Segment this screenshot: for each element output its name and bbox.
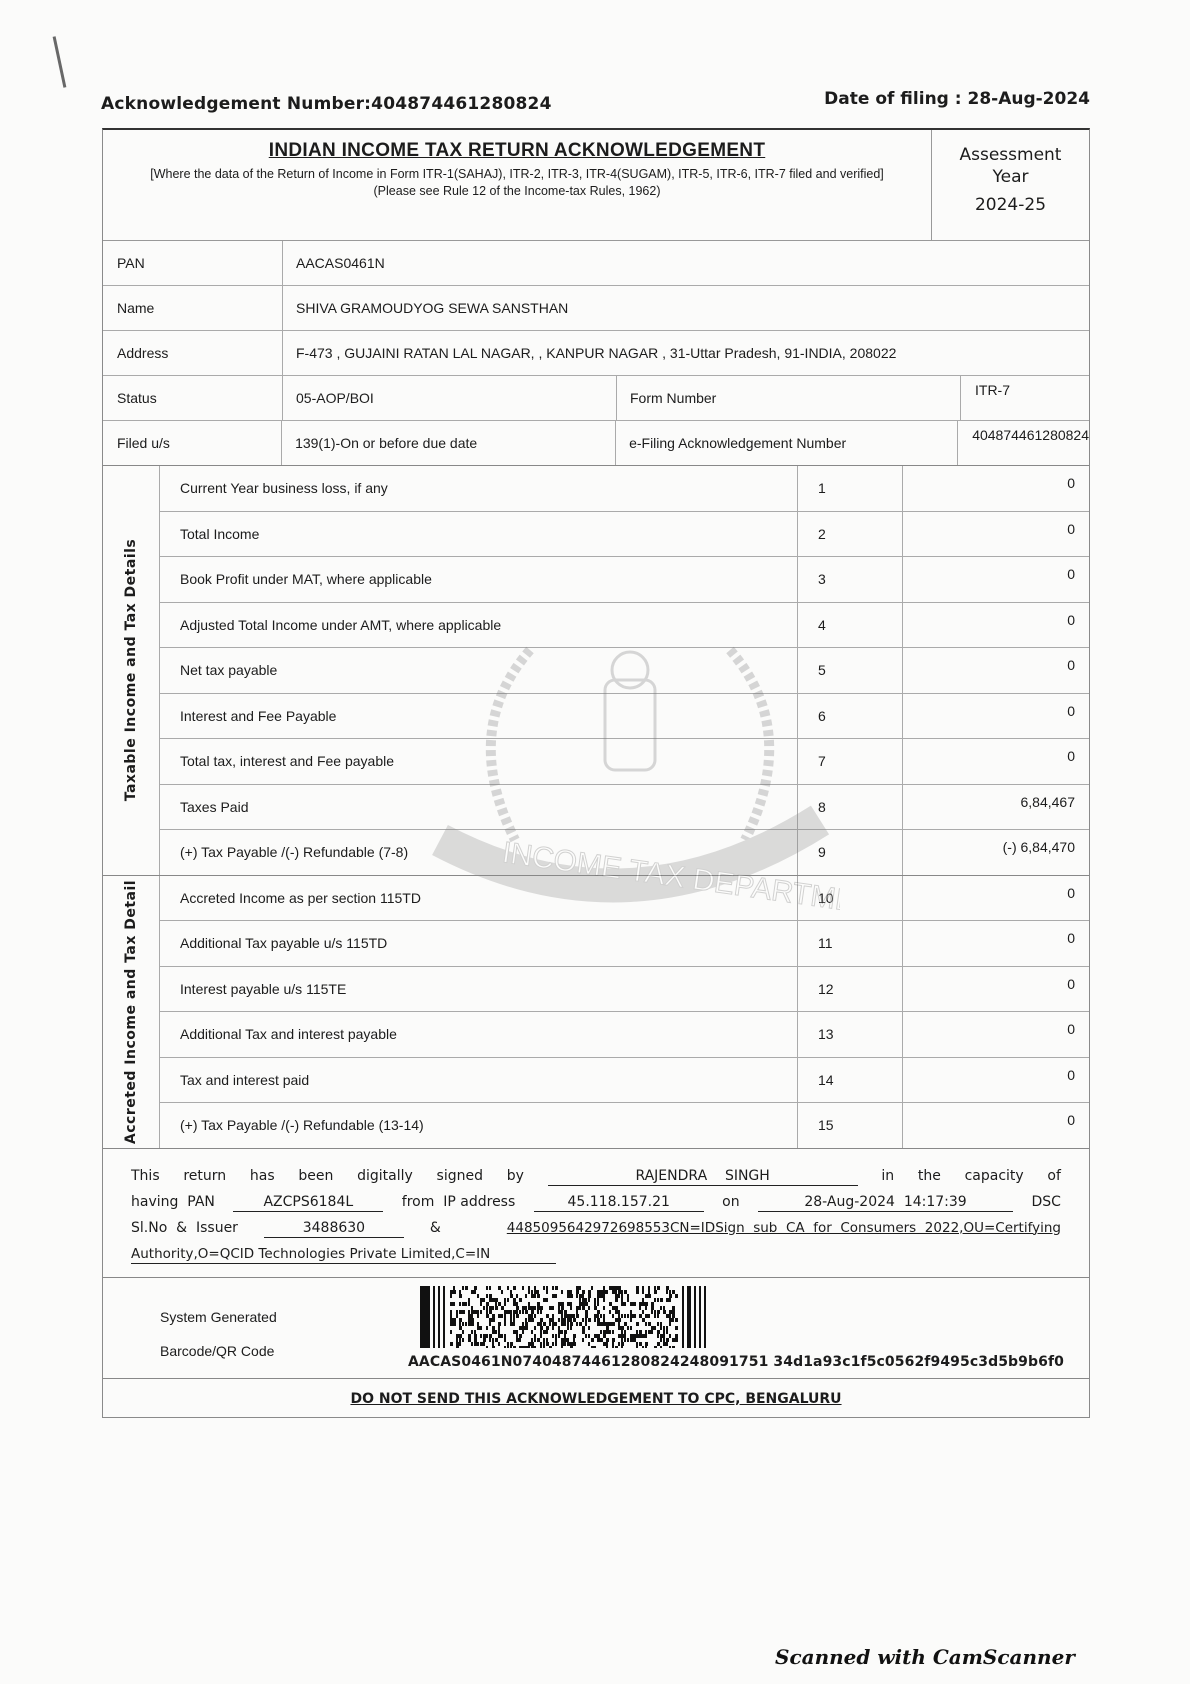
filed-us-row: Filed u/s 139(1)-On or before due date e…	[103, 421, 1089, 466]
row-number: 15	[798, 1103, 903, 1148]
acknowledgement-form: INDIAN INCOME TAX RETURN ACKNOWLEDGEMENT…	[102, 128, 1090, 1418]
address-row: Address F-473 , GUJAINI RATAN LAL NAGAR,…	[103, 331, 1089, 376]
ack-label: Acknowledgement Number:	[101, 94, 371, 114]
sig-word: capacity	[965, 1163, 1024, 1189]
sig-word: in	[881, 1163, 894, 1189]
table-row: (+) Tax Payable /(-) Refundable (7-8)9(-…	[160, 830, 1089, 875]
table-row: Accreted Income as per section 115TD100	[160, 876, 1089, 922]
table-row: Current Year business loss, if any10	[160, 466, 1089, 512]
taxable-rows: Current Year business loss, if any10Tota…	[160, 466, 1089, 875]
row-number: 2	[798, 512, 903, 557]
form-number-value: ITR-7	[961, 376, 1089, 420]
pan-row: PAN AACAS0461N	[103, 241, 1089, 286]
name-value: SHIVA GRAMOUDYOG SEWA SANSTHAN	[283, 286, 1089, 330]
row-description: Adjusted Total Income under AMT, where a…	[160, 603, 798, 648]
filing-date-value: 28-Aug-2024	[967, 89, 1090, 109]
camscanner-mark: Scanned with CamScanner	[775, 1645, 1075, 1669]
row-description: (+) Tax Payable /(-) Refundable (13-14)	[160, 1103, 798, 1148]
ay-label: Assessment	[932, 144, 1089, 166]
signature-line-2: having PAN AZCPS6184L from IP address 45…	[131, 1189, 1061, 1215]
form-subtitle: [Where the data of the Return of Income …	[103, 166, 931, 183]
row-amount: 0	[903, 739, 1089, 784]
sig-word: digitally	[357, 1163, 413, 1189]
status-value: 05-AOP/BOI	[283, 376, 617, 420]
form-rule-note: (Please see Rule 12 of the Income-tax Ru…	[103, 183, 931, 200]
filed-us-label: Filed u/s	[103, 421, 282, 465]
row-number: 1	[798, 466, 903, 511]
ack-value: 404874461280824	[371, 94, 551, 114]
sig-word: been	[298, 1163, 333, 1189]
table-row: Net tax payable50	[160, 648, 1089, 694]
barcode-icon	[420, 1286, 720, 1348]
row-description: Additional Tax and interest payable	[160, 1012, 798, 1057]
ip-address: 45.118.157.21	[534, 1193, 704, 1212]
row-description: Taxes Paid	[160, 785, 798, 830]
row-number: 11	[798, 921, 903, 966]
row-number: 13	[798, 1012, 903, 1057]
filing-date-label: Date of filing :	[824, 89, 961, 109]
row-number: 7	[798, 739, 903, 784]
row-description: Additional Tax payable u/s 115TD	[160, 921, 798, 966]
row-amount: 0	[903, 876, 1089, 921]
row-amount: 6,84,467	[903, 785, 1089, 830]
table-row: Interest payable u/s 115TE120	[160, 967, 1089, 1013]
table-row: Additional Tax payable u/s 115TD110	[160, 921, 1089, 967]
signature-line-4: Authority,O=QCID Technologies Private Li…	[131, 1241, 1061, 1267]
digital-signature-block: This return has been digitally signed by…	[103, 1149, 1089, 1278]
row-number: 9	[798, 830, 903, 875]
form-number-label: Form Number	[617, 376, 961, 420]
row-number: 8	[798, 785, 903, 830]
row-amount: 0	[903, 648, 1089, 693]
row-description: Interest and Fee Payable	[160, 694, 798, 739]
taxable-section-title: Taxable Income and Tax Details	[123, 539, 139, 802]
accreted-rows: Accreted Income as per section 115TD100A…	[160, 876, 1089, 1148]
dsc-issuer: 4485095642972698553CN=IDSign sub CA for …	[467, 1215, 1061, 1241]
name-row: Name SHIVA GRAMOUDYOG SEWA SANSTHAN	[103, 286, 1089, 331]
taxable-income-section: Taxable Income and Tax Details Current Y…	[103, 466, 1089, 876]
barcode-row: System Generated Barcode/QR Code AACAS04…	[103, 1278, 1089, 1379]
header-main: INDIAN INCOME TAX RETURN ACKNOWLEDGEMENT…	[103, 130, 932, 240]
barcode-label-2: Barcode/QR Code	[160, 1334, 420, 1368]
row-description: (+) Tax Payable /(-) Refundable (7-8)	[160, 830, 798, 875]
efiling-ack-value: 404874461280824	[958, 421, 1089, 465]
table-row: Total Income20	[160, 512, 1089, 558]
amp-label: &	[430, 1215, 441, 1241]
acknowledgement-number: Acknowledgement Number:404874461280824	[101, 94, 552, 114]
section-side-label: Taxable Income and Tax Details	[103, 466, 160, 875]
status-row: Status 05-AOP/BOI Form Number ITR-7	[103, 376, 1089, 421]
dsc-issuer-continued: Authority,O=QCID Technologies Private Li…	[131, 1245, 556, 1264]
row-amount: 0	[903, 557, 1089, 602]
row-description: Accreted Income as per section 115TD	[160, 876, 798, 921]
row-number: 4	[798, 603, 903, 648]
section-side-label: Accreted Income and Tax Detail	[103, 876, 160, 1148]
table-row: Adjusted Total Income under AMT, where a…	[160, 603, 1089, 649]
form-header: INDIAN INCOME TAX RETURN ACKNOWLEDGEMENT…	[103, 130, 1089, 241]
row-amount: 0	[903, 1103, 1089, 1148]
sig-word: by	[507, 1163, 524, 1189]
row-description: Book Profit under MAT, where applicable	[160, 557, 798, 602]
signature-line-3: Sl.No & Issuer 3488630 & 448509564297269…	[131, 1215, 1061, 1241]
sig-word: of	[1047, 1163, 1061, 1189]
sig-word: return	[183, 1163, 226, 1189]
row-amount: 0	[903, 466, 1089, 511]
accreted-section-title: Accreted Income and Tax Detail	[123, 879, 139, 1143]
row-amount: 0	[903, 1058, 1089, 1103]
signed-datetime: 28-Aug-2024 14:17:39	[758, 1193, 1013, 1212]
slno-label: Sl.No & Issuer	[131, 1215, 238, 1241]
assessment-year: Assessment Year 2024-25	[932, 130, 1089, 240]
row-description: Total Income	[160, 512, 798, 557]
address-value: F-473 , GUJAINI RATAN LAL NAGAR, , KANPU…	[283, 331, 1089, 375]
dsc-label: DSC	[1031, 1189, 1060, 1215]
filing-date: Date of filing : 28-Aug-2024	[824, 89, 1090, 109]
barcode-label-1: System Generated	[160, 1300, 420, 1334]
name-label: Name	[103, 286, 283, 330]
row-amount: 0	[903, 1012, 1089, 1057]
row-number: 6	[798, 694, 903, 739]
barcode-label: System Generated Barcode/QR Code	[103, 1278, 420, 1378]
row-description: Total tax, interest and Fee payable	[160, 739, 798, 784]
row-number: 5	[798, 648, 903, 693]
filed-us-value: 139(1)-On or before due date	[282, 421, 616, 465]
accreted-income-section: Accreted Income and Tax Detail Accreted …	[103, 876, 1089, 1149]
table-row: Additional Tax and interest payable130	[160, 1012, 1089, 1058]
ay-label-2: Year	[932, 166, 1089, 188]
table-row: Taxes Paid86,84,467	[160, 785, 1089, 831]
table-row: Interest and Fee Payable60	[160, 694, 1089, 740]
table-row: Tax and interest paid140	[160, 1058, 1089, 1104]
row-amount: 0	[903, 512, 1089, 557]
row-amount: 0	[903, 967, 1089, 1012]
row-amount: 0	[903, 694, 1089, 739]
row-number: 12	[798, 967, 903, 1012]
ip-label: from IP address	[402, 1189, 516, 1215]
row-number: 10	[798, 876, 903, 921]
row-number: 3	[798, 557, 903, 602]
sig-word: has	[250, 1163, 275, 1189]
row-amount: (-) 6,84,470	[903, 830, 1089, 875]
row-amount: 0	[903, 921, 1089, 966]
dsc-serial: 3488630	[264, 1219, 404, 1238]
form-title: INDIAN INCOME TAX RETURN ACKNOWLEDGEMENT	[103, 140, 931, 162]
sig-word: signed	[437, 1163, 483, 1189]
sig-word: the	[918, 1163, 941, 1189]
efiling-ack-label: e-Filing Acknowledgement Number	[616, 421, 958, 465]
ay-value: 2024-25	[932, 194, 1089, 216]
table-row: Book Profit under MAT, where applicable3…	[160, 557, 1089, 603]
row-description: Net tax payable	[160, 648, 798, 693]
signer-name: RAJENDRA SINGH	[548, 1167, 858, 1186]
pan-label: PAN	[103, 241, 283, 285]
barcode-area: AACAS0461N07404874461280824248091751 34d…	[420, 1278, 1089, 1378]
status-label: Status	[103, 376, 283, 420]
signature-line-1: This return has been digitally signed by…	[131, 1163, 1061, 1189]
barcode-text: AACAS0461N07404874461280824248091751 34d…	[408, 1354, 1064, 1370]
scan-artifact	[53, 36, 67, 87]
table-row: (+) Tax Payable /(-) Refundable (13-14)1…	[160, 1103, 1089, 1148]
having-pan-label: having PAN	[131, 1189, 215, 1215]
row-amount: 0	[903, 603, 1089, 648]
table-row: Total tax, interest and Fee payable70	[160, 739, 1089, 785]
footer-note: DO NOT SEND THIS ACKNOWLEDGEMENT TO CPC,…	[103, 1379, 1089, 1417]
footer-note-text: DO NOT SEND THIS ACKNOWLEDGEMENT TO CPC,…	[350, 1391, 841, 1407]
row-number: 14	[798, 1058, 903, 1103]
row-description: Current Year business loss, if any	[160, 466, 798, 511]
signer-pan: AZCPS6184L	[233, 1193, 383, 1212]
on-label: on	[722, 1189, 739, 1215]
row-description: Tax and interest paid	[160, 1058, 798, 1103]
address-label: Address	[103, 331, 283, 375]
sig-word: This	[131, 1163, 160, 1189]
pan-value: AACAS0461N	[283, 241, 1089, 285]
row-description: Interest payable u/s 115TE	[160, 967, 798, 1012]
